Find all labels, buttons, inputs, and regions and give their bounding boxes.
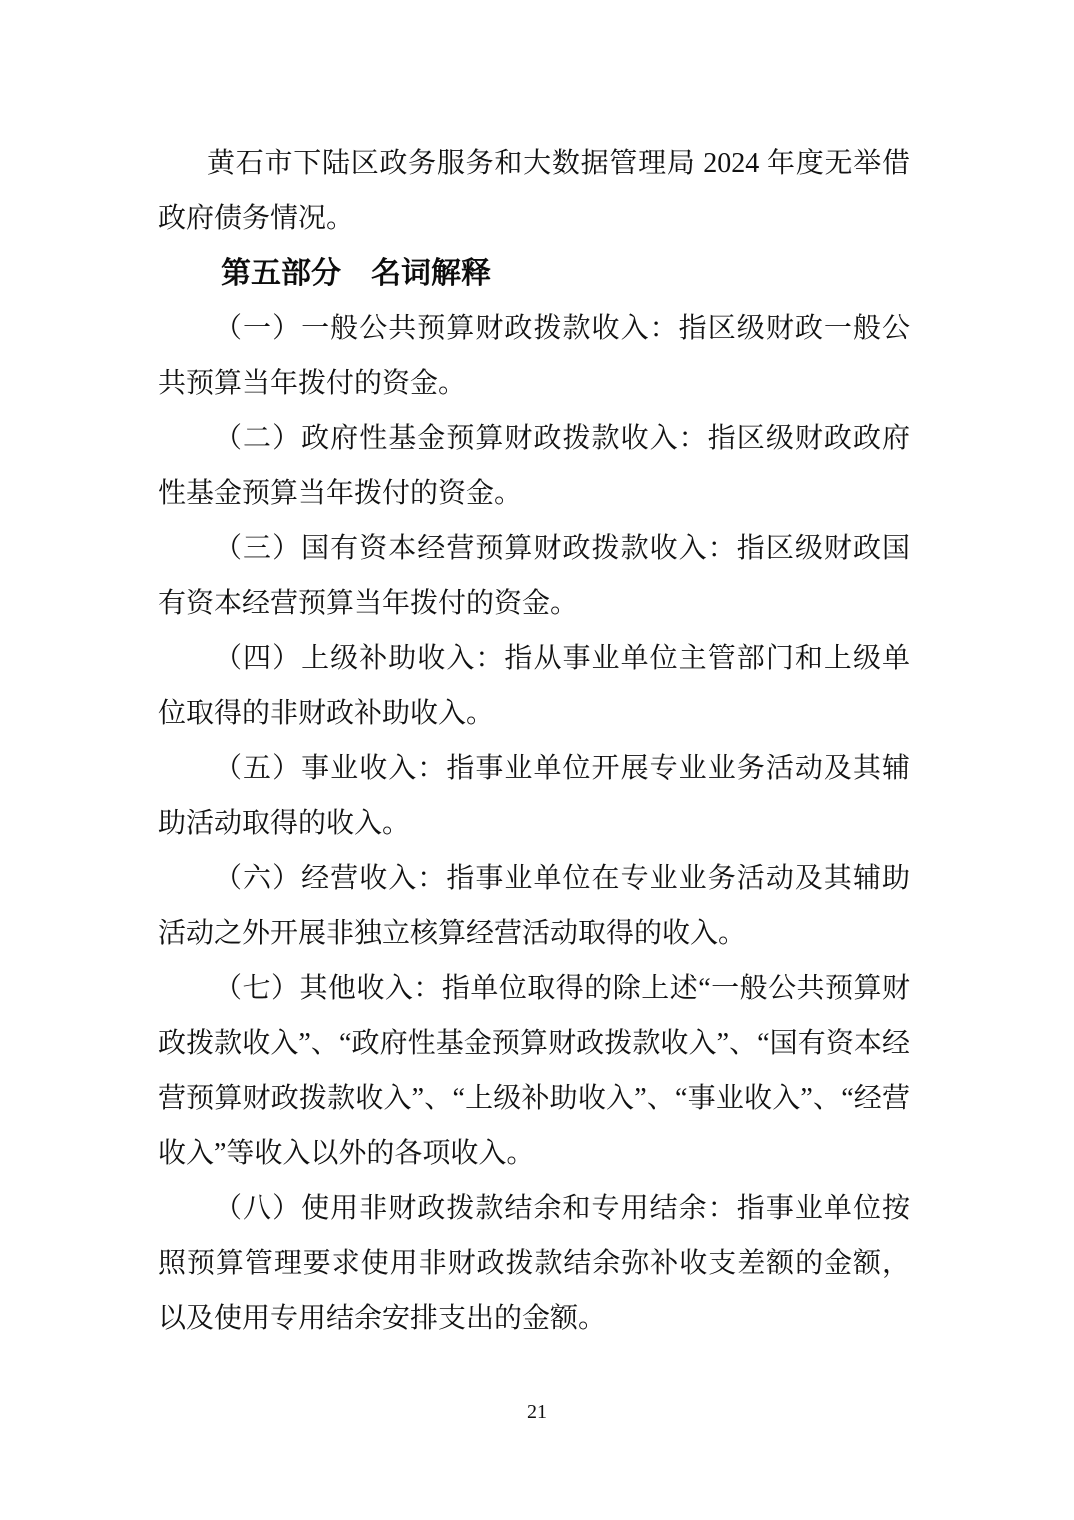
intro-paragraph: 黄石市下陆区政务服务和大数据管理局 2024 年度无举借政府债务情况。 (158, 136, 910, 246)
section-heading: 第五部分 名词解释 (158, 246, 910, 301)
definition-item-4: （四）上级补助收入：指从事业单位主管部门和上级单位取得的非财政补助收入。 (158, 631, 910, 741)
definition-item-7: （七）其他收入：指单位取得的除上述“一般公共预算财政拨款收入”、“政府性基金预算… (158, 961, 910, 1181)
definition-item-2: （二）政府性基金预算财政拨款收入：指区级财政政府性基金预算当年拨付的资金。 (158, 411, 910, 521)
document-body: 黄石市下陆区政务服务和大数据管理局 2024 年度无举借政府债务情况。 第五部分… (158, 136, 910, 1346)
document-page: 黄石市下陆区政务服务和大数据管理局 2024 年度无举借政府债务情况。 第五部分… (0, 0, 1074, 1520)
definition-item-1: （一）一般公共预算财政拨款收入：指区级财政一般公共预算当年拨付的资金。 (158, 301, 910, 411)
definition-item-3: （三）国有资本经营预算财政拨款收入：指区级财政国有资本经营预算当年拨付的资金。 (158, 521, 910, 631)
page-number: 21 (0, 1396, 1074, 1428)
definition-item-6: （六）经营收入：指事业单位在专业业务活动及其辅助活动之外开展非独立核算经营活动取… (158, 851, 910, 961)
definition-item-5: （五）事业收入：指事业单位开展专业业务活动及其辅助活动取得的收入。 (158, 741, 910, 851)
definition-item-8: （八）使用非财政拨款结余和专用结余：指事业单位按照预算管理要求使用非财政拨款结余… (158, 1181, 910, 1346)
